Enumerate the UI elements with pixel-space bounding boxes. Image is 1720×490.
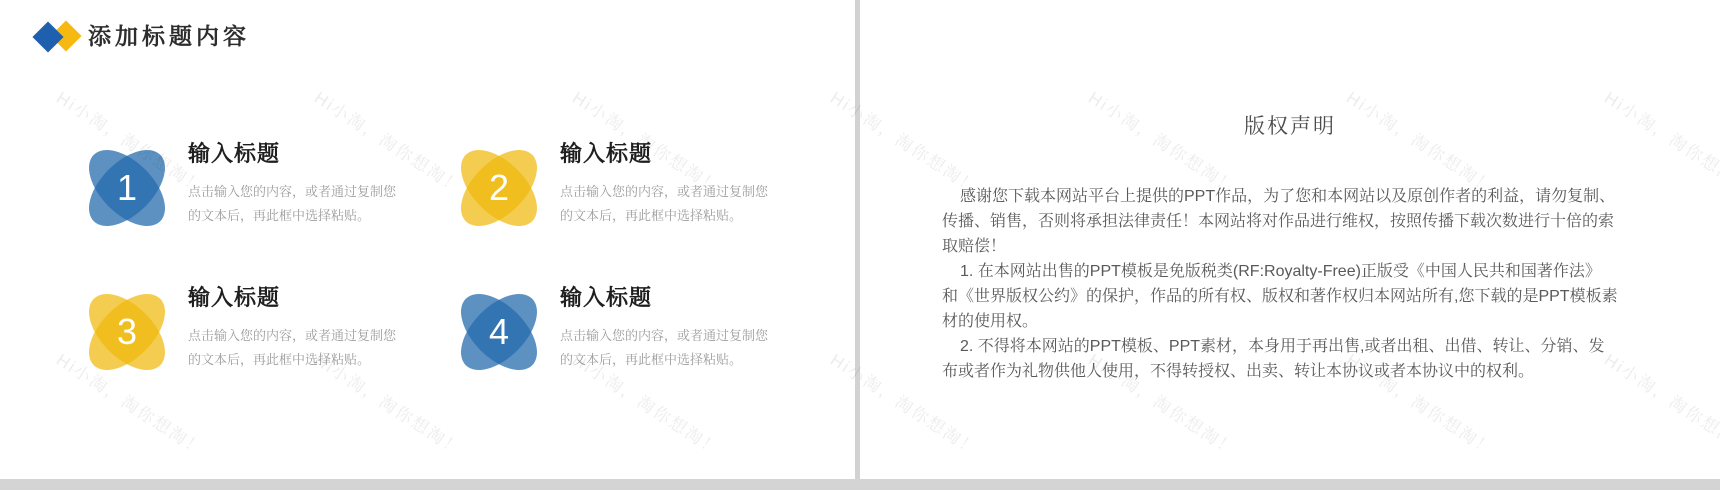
number-badge-flower-icon: 1 xyxy=(88,146,166,230)
item-number: 1 xyxy=(88,146,166,230)
copyright-line: 1. 在本网站出售的PPT模板是免版税类(RF:Royalty-Free)正版受… xyxy=(942,259,1642,284)
copyright-line: 布或者作为礼物供他人使用，不得转授权、出卖、转让本协议或者本协议中的权利。 xyxy=(942,359,1642,384)
item-description: 点击输入您的内容，或者通过复制您的文本后，再此框中选择粘贴。 xyxy=(188,180,408,228)
item-description: 点击输入您的内容，或者通过复制您的文本后，再此框中选择粘贴。 xyxy=(560,180,780,228)
slide-add-title-content[interactable]: 添加标题内容 1 输入标题 点击输入您的内容，或者通过复制您的文本后，再此框中选… xyxy=(0,0,855,479)
copyright-line: 感谢您下载本网站平台上提供的PPT作品，为了您和本网站以及原创作者的利益，请勿复… xyxy=(942,184,1642,209)
copyright-line: 取赔偿！ xyxy=(942,234,1642,259)
copyright-line: 传播、销售，否则将承担法律责任！本网站将对作品进行维权，按照传播下载次数进行十倍… xyxy=(942,209,1642,234)
item-title: 输入标题 xyxy=(188,284,408,312)
item-number: 2 xyxy=(460,146,538,230)
slide-title: 添加标题内容 xyxy=(88,21,250,51)
double-diamond-icon xyxy=(32,15,90,61)
bottom-bar xyxy=(0,479,1720,490)
list-item-1: 1 输入标题 点击输入您的内容，或者通过复制您的文本后，再此框中选择粘贴。 xyxy=(88,138,428,230)
list-item-4: 4 输入标题 点击输入您的内容，或者通过复制您的文本后，再此框中选择粘贴。 xyxy=(460,282,800,374)
item-description: 点击输入您的内容，或者通过复制您的文本后，再此框中选择粘贴。 xyxy=(188,324,408,372)
item-number: 3 xyxy=(88,290,166,374)
item-title: 输入标题 xyxy=(188,140,408,168)
item-title: 输入标题 xyxy=(560,284,780,312)
slide-divider xyxy=(855,0,860,490)
copyright-title: 版权声明 xyxy=(860,110,1720,140)
item-number: 4 xyxy=(460,290,538,374)
number-badge-flower-icon: 4 xyxy=(460,290,538,374)
list-item-2: 2 输入标题 点击输入您的内容，或者通过复制您的文本后，再此框中选择粘贴。 xyxy=(460,138,800,230)
item-description: 点击输入您的内容，或者通过复制您的文本后，再此框中选择粘贴。 xyxy=(560,324,780,372)
copyright-line: 和《世界版权公约》的保护，作品的所有权、版权和著作权归本网站所有,您下载的是PP… xyxy=(942,284,1642,309)
copyright-line: 2. 不得将本网站的PPT模板、PPT素材，本身用于再出售,或者出租、出借、转让… xyxy=(942,334,1642,359)
ppt-template-preview: 添加标题内容 1 输入标题 点击输入您的内容，或者通过复制您的文本后，再此框中选… xyxy=(0,0,1720,490)
slide-copyright-notice[interactable]: 版权声明 感谢您下载本网站平台上提供的PPT作品，为了您和本网站以及原创作者的利… xyxy=(860,0,1720,479)
copyright-line: 材的使用权。 xyxy=(942,309,1642,334)
number-badge-flower-icon: 2 xyxy=(460,146,538,230)
item-title: 输入标题 xyxy=(560,140,780,168)
copyright-body: 感谢您下载本网站平台上提供的PPT作品，为了您和本网站以及原创作者的利益，请勿复… xyxy=(942,184,1642,384)
list-item-3: 3 输入标题 点击输入您的内容，或者通过复制您的文本后，再此框中选择粘贴。 xyxy=(88,282,428,374)
number-badge-flower-icon: 3 xyxy=(88,290,166,374)
